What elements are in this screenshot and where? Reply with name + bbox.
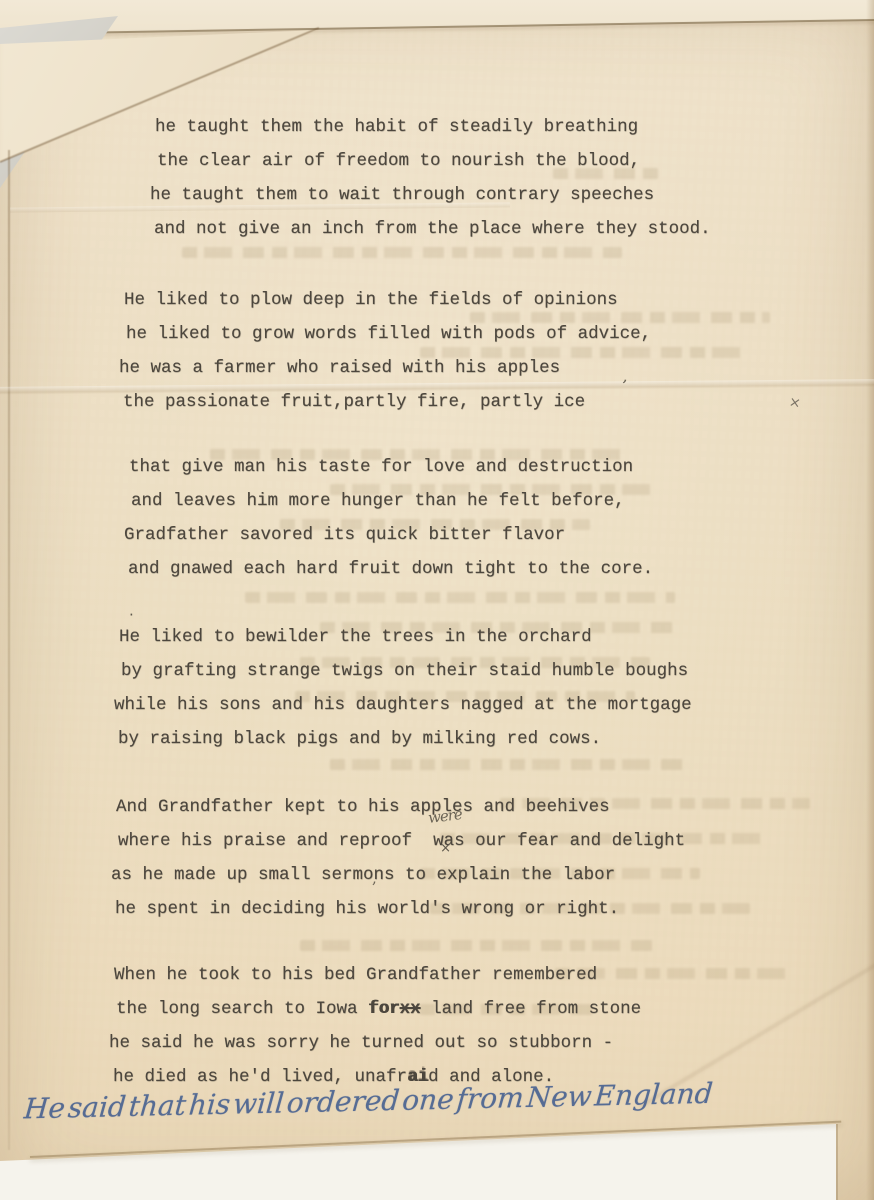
poem-text: by raising black pigs and by milking red… <box>118 722 601 756</box>
poem-text: land free from stone <box>421 992 642 1026</box>
poem-text: waswere× <box>433 824 465 858</box>
poem-text: that give man his taste for love and des… <box>129 450 633 484</box>
poem-text: and leaves him more hunger than he felt … <box>131 484 625 518</box>
poem-text: he was a farmer who raised with his appl… <box>119 351 560 385</box>
ghost-bleedthrough-line <box>300 940 660 951</box>
poem-line: while his sons and his daughters nagged … <box>114 688 692 722</box>
poem-text: xx <box>400 992 421 1026</box>
poem-text: for <box>368 992 400 1026</box>
poem-line: he taught them to wait through contrary … <box>150 178 707 212</box>
poem-line: the long search to Iowa forxx land free … <box>116 992 641 1026</box>
poem-line: He liked to plow deep in the fields of o… <box>124 283 649 317</box>
poem-text: where his praise and reproof <box>118 824 433 858</box>
under-sheet-right-edge <box>836 1124 838 1200</box>
poem-stanza: And Grandfather kept to his apples and b… <box>116 790 683 926</box>
poem-line: as he made up small sermons to explain t… <box>111 858 678 892</box>
ghost-bleedthrough-line <box>245 592 675 603</box>
poem-text: he taught them to wait through contrary … <box>150 178 654 212</box>
poem-stanza: he taught them the habit of steadily bre… <box>155 110 712 246</box>
poem-line: and gnawed each hard fruit down tight to… <box>128 552 653 586</box>
poem-text: And Grandfather kept to his apples and b… <box>116 790 610 824</box>
poem-stanza: that give man his taste for love and des… <box>129 450 654 586</box>
ghost-bleedthrough-line <box>330 759 690 770</box>
poem-text: the long search to Iowa <box>116 992 368 1026</box>
poem-text: by grafting strange twigs on their staid… <box>121 654 688 688</box>
poem-text: and not give an inch from the place wher… <box>154 212 711 246</box>
poem-line: by raising black pigs and by milking red… <box>118 722 696 756</box>
poem-text: he said he was sorry he turned out so st… <box>109 1026 613 1060</box>
poem-text: and gnawed each hard fruit down tight to… <box>128 552 653 586</box>
scanned-page: he taught them the habit of steadily bre… <box>0 0 874 1200</box>
poem-text: the passionate fruit,partly fire, partly… <box>123 385 585 419</box>
poem-line: he said he was sorry he turned out so st… <box>109 1026 634 1060</box>
poem-line: the passionate fruit,partly fire, partly… <box>123 385 648 419</box>
pencil-x-margin-mark: × <box>788 394 802 412</box>
ghost-bleedthrough-line <box>182 247 622 258</box>
poem-stanza: He liked to plow deep in the fields of o… <box>124 283 649 419</box>
poem-text: he spent in deciding his world's wrong o… <box>115 892 619 926</box>
poem-stanza: He liked to bewilder the trees in the or… <box>119 620 697 756</box>
poem-line: that give man his taste for love and des… <box>129 450 654 484</box>
poem-text: as he made up small sermons to explain t… <box>111 858 615 892</box>
poem-text: the clear air of freedom to nourish the … <box>157 144 640 178</box>
poem-text: he taught them the habit of steadily bre… <box>155 110 638 144</box>
poem-stanza: When he took to his bed Grandfather reme… <box>114 958 639 1094</box>
poem-line: When he took to his bed Grandfather reme… <box>114 958 639 992</box>
page-left-edge-shadow <box>8 150 10 1150</box>
poem-line: and not give an inch from the place wher… <box>154 212 711 246</box>
poem-text: he liked to grow words filled with pods … <box>126 317 651 351</box>
poem-text: When he took to his bed Grandfather reme… <box>114 958 597 992</box>
poem-text: He liked to bewilder the trees in the or… <box>119 620 592 654</box>
poem-line: he was a farmer who raised with his appl… <box>119 351 644 385</box>
poem-line: he spent in deciding his world's wrong o… <box>115 892 682 926</box>
poem-text: while his sons and his daughters nagged … <box>114 688 692 722</box>
poem-line: he liked to grow words filled with pods … <box>126 317 651 351</box>
poem-line: by grafting strange twigs on their staid… <box>121 654 699 688</box>
sheet-behind-top <box>0 0 874 40</box>
pencil-comma-mark: , <box>372 869 377 887</box>
pencil-x-below-was: × <box>440 841 451 856</box>
poem-line: He liked to bewilder the trees in the or… <box>119 620 697 654</box>
poem-text: He liked to plow deep in the fields of o… <box>124 283 618 317</box>
poem-text: Gradfather savored its quick bitter flav… <box>124 518 565 552</box>
poem-line: where his praise and reproof waswere× ou… <box>118 824 685 858</box>
handwritten-were-annotation: were <box>427 805 463 827</box>
poem-line: the clear air of freedom to nourish the … <box>157 144 714 178</box>
pencil-dot-mark: · <box>129 606 134 624</box>
poem-text: our fear and delight <box>465 824 686 858</box>
poem-line: And Grandfather kept to his apples and b… <box>116 790 683 824</box>
poem-line: and leaves him more hunger than he felt … <box>131 484 656 518</box>
page-right-edge-shadow <box>866 0 874 1200</box>
poem-line: Gradfather savored its quick bitter flav… <box>124 518 649 552</box>
poem-line: he taught them the habit of steadily bre… <box>155 110 712 144</box>
